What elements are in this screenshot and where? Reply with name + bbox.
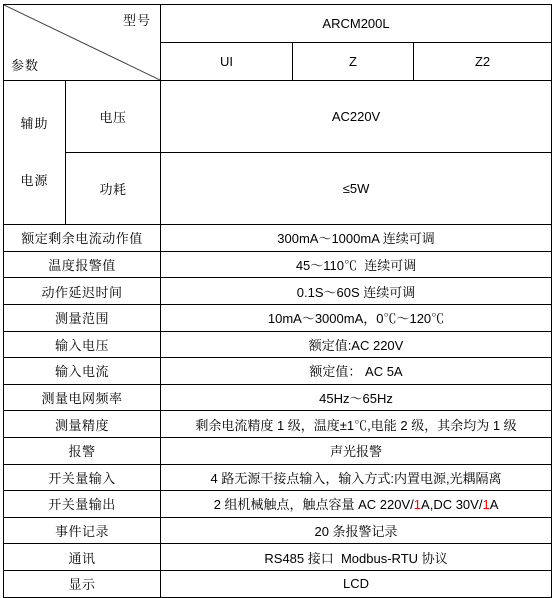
value-part: A,DC 30V/ [421,497,482,512]
spec-row: 额定剩余电流动作值 300mA～1000mA 连续可调 [4,225,552,252]
row-label: 测量范围 [4,304,161,331]
row-value: 45Hz～65Hz [161,384,552,411]
row-value: RS485 接口 Modbus-RTU 协议 [161,544,552,571]
spec-table: 型号 参数 ARCM200L UI Z Z2 辅助 电源 电压 AC220V 功… [3,4,552,598]
spec-row: 开关量输入 4 路无源干接点输入，输入方式:内置电源,光耦隔离 [4,464,552,491]
aux-power-line1: 辅助 [6,111,63,138]
row-label: 事件记录 [4,517,161,544]
row-label: 电压 [66,81,161,153]
spec-row: 测量电网频率 45Hz～65Hz [4,384,552,411]
spec-row: 事件记录 20 条报警记录 [4,517,552,544]
value-part-highlight: 1 [482,497,489,512]
corner-param-label: 参数 [11,55,39,74]
spec-row: 输入电压 额定值:AC 220V [4,331,552,358]
row-value: 300mA～1000mA 连续可调 [161,225,552,252]
row-value: 2 组机械触点，触点容量 AC 220V/1A,DC 30V/1A [161,491,552,518]
variant-cell-ui: UI [161,43,293,81]
spec-row: 测量范围 10mA～3000mA，0℃～120℃ [4,304,552,331]
row-label: 输入电流 [4,358,161,385]
spec-row: 显示 LCD [4,570,552,597]
row-value: 额定值:AC 220V [161,331,552,358]
row-value: 声光报警 [161,437,552,464]
row-value: 0.1S～60S 连续可调 [161,278,552,305]
row-label: 温度报警值 [4,251,161,278]
spec-row-switch-output: 开关量输出 2 组机械触点，触点容量 AC 220V/1A,DC 30V/1A [4,491,552,518]
row-label: 输入电压 [4,331,161,358]
row-value: ≤5W [161,153,552,225]
row-value: AC220V [161,81,552,153]
spec-row: 输入电流 额定值： AC 5A [4,358,552,385]
row-label: 显示 [4,570,161,597]
row-label: 报警 [4,437,161,464]
spec-row: 动作延迟时间 0.1S～60S 连续可调 [4,278,552,305]
value-part-highlight: 1 [414,497,421,512]
model-name-cell: ARCM200L [161,5,552,43]
value-part: 2 组机械触点，触点容量 AC 220V/ [214,497,414,512]
row-value: 45～110℃ 连续可调 [161,251,552,278]
row-value: LCD [161,570,552,597]
row-label: 通讯 [4,544,161,571]
variant-cell-z: Z [293,43,414,81]
row-value: 额定值： AC 5A [161,358,552,385]
spec-row: 测量精度 剩余电流精度 1 级，温度±1℃,电能 2 级，其余均为 1 级 [4,411,552,438]
row-label: 动作延迟时间 [4,278,161,305]
row-label: 开关量输入 [4,464,161,491]
spec-row-aux-voltage: 辅助 电源 电压 AC220V [4,81,552,153]
row-value: 剩余电流精度 1 级，温度±1℃,电能 2 级，其余均为 1 级 [161,411,552,438]
row-label: 开关量输出 [4,491,161,518]
spec-row: 通讯 RS485 接口 Modbus-RTU 协议 [4,544,552,571]
spec-row: 报警 声光报警 [4,437,552,464]
row-value: 20 条报警记录 [161,517,552,544]
spec-row: 温度报警值 45～110℃ 连续可调 [4,251,552,278]
row-value: 4 路无源干接点输入，输入方式:内置电源,光耦隔离 [161,464,552,491]
row-label: 额定剩余电流动作值 [4,225,161,252]
row-label: 测量精度 [4,411,161,438]
corner-model-label: 型号 [123,10,151,29]
header-row-model: 型号 参数 ARCM200L [4,5,552,43]
variant-cell-z2: Z2 [414,43,552,81]
aux-power-group-cell: 辅助 电源 [4,81,66,225]
aux-power-line2: 电源 [6,168,63,195]
corner-diagonal-cell: 型号 参数 [4,5,161,81]
row-value: 10mA～3000mA，0℃～120℃ [161,304,552,331]
row-label: 功耗 [66,153,161,225]
spec-row-aux-consumption: 功耗 ≤5W [4,153,552,225]
value-part: A [490,497,499,512]
row-label: 测量电网频率 [4,384,161,411]
